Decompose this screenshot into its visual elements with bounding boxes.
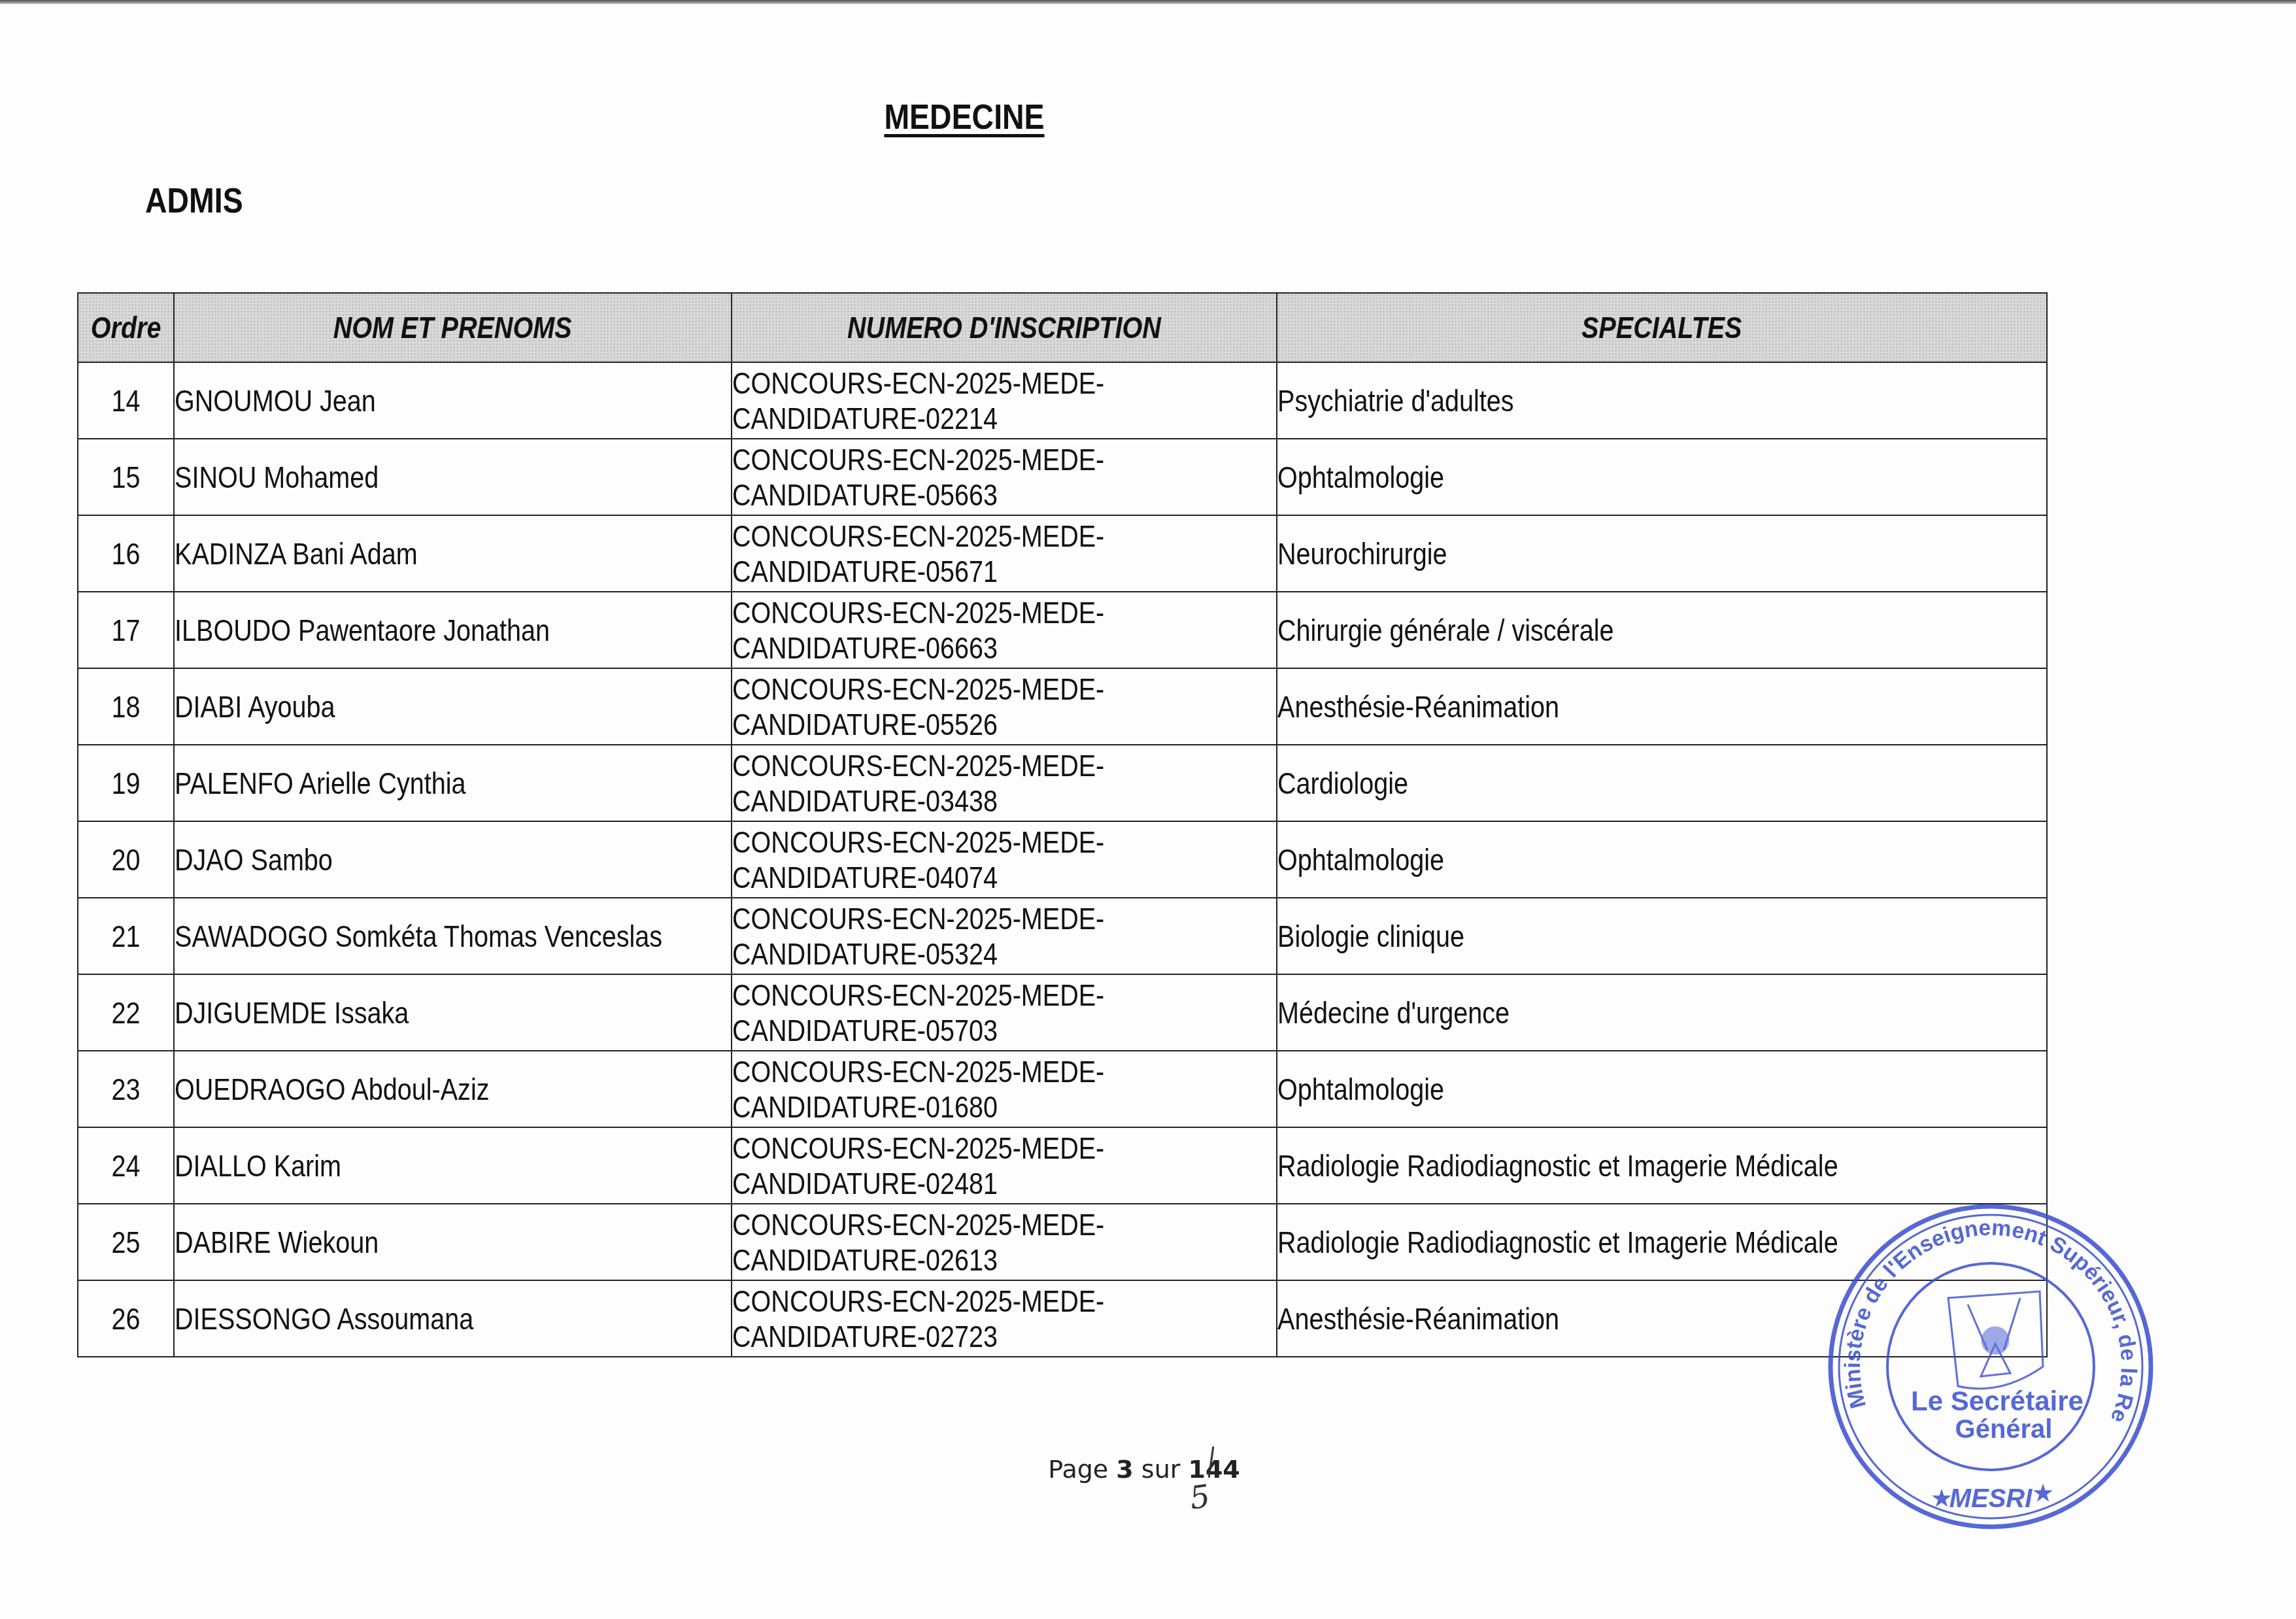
cell-ordre-text: 25: [111, 1225, 140, 1260]
cell-nom: PALENFO Arielle Cynthia: [174, 745, 732, 821]
cell-specialite: Ophtalmologie: [1277, 1051, 2047, 1127]
cell-ordre-text: 23: [111, 1072, 140, 1107]
stamp-center-line-2: Général: [1955, 1415, 2053, 1444]
cell-nom: DIABI Ayouba: [174, 668, 732, 745]
cell-specialite-text: Radiologie Radiodiagnostic et Imagerie M…: [1277, 1225, 1838, 1260]
cell-nom-text: ILBOUDO Pawentaore Jonathan: [175, 613, 550, 648]
cell-specialite: Neurochirurgie: [1277, 515, 2047, 592]
stamp-center-line-1: Le Secrétaire: [1911, 1386, 2084, 1416]
scan-edge: [0, 0, 2296, 4]
cell-numero: CONCOURS-ECN-2025-MEDE- CANDIDATURE-0566…: [732, 439, 1277, 515]
cell-ordre: 20: [78, 821, 174, 898]
cell-numero: CONCOURS-ECN-2025-MEDE- CANDIDATURE-0343…: [732, 745, 1277, 821]
cell-ordre-text: 22: [111, 995, 140, 1031]
cell-numero-2-text: CANDIDATURE-05671: [732, 554, 998, 589]
cell-numero: CONCOURS-ECN-2025-MEDE- CANDIDATURE-0666…: [732, 592, 1277, 668]
cell-nom: ILBOUDO Pawentaore Jonathan: [174, 592, 732, 668]
cell-specialite: Cardiologie: [1277, 745, 2047, 821]
cell-nom: OUEDRAOGO Abdoul-Aziz: [174, 1051, 732, 1127]
cell-ordre-text: 15: [111, 460, 140, 495]
cell-nom-text: DIESSONGO Assoumana: [175, 1301, 473, 1337]
cell-nom: KADINZA Bani Adam: [174, 515, 732, 592]
cell-nom-text: SINOU Mohamed: [175, 460, 379, 495]
cell-numero-1-text: CONCOURS-ECN-2025-MEDE-: [732, 366, 1104, 401]
cell-nom-text: DIABI Ayouba: [175, 689, 335, 724]
table-row: 16 KADINZA Bani Adam CONCOURS-ECN-2025-M…: [78, 515, 2047, 592]
cell-nom: SAWADOGO Somkéta Thomas Venceslas: [174, 898, 732, 974]
cell-numero-2-text: CANDIDATURE-05703: [732, 1013, 998, 1048]
header-nom: NOM ET PRENOMS: [174, 293, 732, 362]
cell-ordre: 26: [78, 1280, 174, 1357]
cell-numero-1-text: CONCOURS-ECN-2025-MEDE-: [732, 748, 1104, 783]
cell-specialite-text: Chirurgie générale / viscérale: [1277, 613, 1614, 648]
cell-numero-1-text: CONCOURS-ECN-2025-MEDE-: [732, 1284, 1104, 1319]
cell-ordre: 24: [78, 1127, 174, 1204]
cell-specialite-text: Ophtalmologie: [1277, 842, 1444, 878]
cell-nom-text: PALENFO Arielle Cynthia: [175, 766, 466, 801]
cell-ordre-text: 16: [111, 536, 140, 571]
cell-ordre-text: 19: [111, 766, 140, 801]
cell-ordre: 23: [78, 1051, 174, 1127]
cell-nom: DABIRE Wiekoun: [174, 1204, 732, 1280]
cell-numero: CONCOURS-ECN-2025-MEDE- CANDIDATURE-0407…: [732, 821, 1277, 898]
cell-numero: CONCOURS-ECN-2025-MEDE- CANDIDATURE-0567…: [732, 515, 1277, 592]
cell-ordre: 15: [78, 439, 174, 515]
admitted-table: Ordre NOM ET PRENOMS NUMERO D'INSCRIPTIO…: [77, 292, 2048, 1357]
cell-numero-1-text: CONCOURS-ECN-2025-MEDE-: [732, 1054, 1104, 1089]
cell-ordre: 17: [78, 592, 174, 668]
cell-numero: CONCOURS-ECN-2025-MEDE- CANDIDATURE-0248…: [732, 1127, 1277, 1204]
table-row: 22 DJIGUEMDE Issaka CONCOURS-ECN-2025-ME…: [78, 974, 2047, 1051]
cell-specialite-text: Anesthésie-Réanimation: [1277, 1301, 1559, 1337]
handwritten-correction: 5: [1187, 1478, 1212, 1517]
cell-nom-text: DJIGUEMDE Issaka: [175, 995, 409, 1031]
cell-nom-text: KADINZA Bani Adam: [175, 536, 418, 571]
cell-numero-1-text: CONCOURS-ECN-2025-MEDE-: [732, 442, 1104, 477]
cell-numero-1-text: CONCOURS-ECN-2025-MEDE-: [732, 825, 1104, 860]
cell-specialite-text: Psychiatrie d'adultes: [1277, 383, 1514, 418]
cell-specialite: Anesthésie-Réanimation: [1277, 668, 2047, 745]
cell-numero-2-text: CANDIDATURE-01680: [732, 1089, 998, 1125]
cell-numero: CONCOURS-ECN-2025-MEDE- CANDIDATURE-0532…: [732, 898, 1277, 974]
table-row: 20 DJAO Sambo CONCOURS-ECN-2025-MEDE- CA…: [78, 821, 2047, 898]
cell-numero: CONCOURS-ECN-2025-MEDE- CANDIDATURE-0570…: [732, 974, 1277, 1051]
cell-specialite-text: Anesthésie-Réanimation: [1277, 689, 1559, 724]
cell-ordre: 19: [78, 745, 174, 821]
header-specialite: SPECIALTES: [1277, 293, 2047, 362]
header-numero: NUMERO D'INSCRIPTION: [732, 293, 1277, 362]
cell-numero-1-text: CONCOURS-ECN-2025-MEDE-: [732, 595, 1104, 630]
cell-ordre: 16: [78, 515, 174, 592]
cell-ordre-text: 14: [111, 383, 140, 418]
cell-numero-2-text: CANDIDATURE-02214: [732, 401, 998, 436]
cell-numero-2-text: CANDIDATURE-06663: [732, 630, 998, 666]
cell-nom: DJAO Sambo: [174, 821, 732, 898]
cell-ordre-text: 20: [111, 842, 140, 878]
table-row: 25 DABIRE Wiekoun CONCOURS-ECN-2025-MEDE…: [78, 1204, 2047, 1280]
cell-specialite-text: Ophtalmologie: [1277, 1072, 1444, 1107]
cell-ordre: 22: [78, 974, 174, 1051]
cell-numero-1-text: CONCOURS-ECN-2025-MEDE-: [732, 1131, 1104, 1166]
table-row: 23 OUEDRAOGO Abdoul-Aziz CONCOURS-ECN-20…: [78, 1051, 2047, 1127]
cell-nom-text: DIALLO Karim: [175, 1148, 341, 1184]
cell-specialite-text: Médecine d'urgence: [1277, 995, 1510, 1031]
cell-numero-1-text: CONCOURS-ECN-2025-MEDE-: [732, 519, 1104, 554]
cell-specialite: Ophtalmologie: [1277, 821, 2047, 898]
stamp-bottom-text: MESRI: [1950, 1484, 2033, 1513]
cell-nom: SINOU Mohamed: [174, 439, 732, 515]
cell-nom-text: DABIRE Wiekoun: [175, 1225, 379, 1260]
page-current: 3: [1116, 1455, 1133, 1484]
cell-specialite: Médecine d'urgence: [1277, 974, 2047, 1051]
cell-ordre: 21: [78, 898, 174, 974]
cell-numero-1-text: CONCOURS-ECN-2025-MEDE-: [732, 672, 1104, 707]
cell-numero-1-text: CONCOURS-ECN-2025-MEDE-: [732, 1207, 1104, 1242]
cell-specialite-text: Biologie clinique: [1277, 919, 1464, 954]
table-body: 14 GNOUMOU Jean CONCOURS-ECN-2025-MEDE- …: [78, 362, 2047, 1357]
cell-nom: DJIGUEMDE Issaka: [174, 974, 732, 1051]
admis-heading: ADMIS: [145, 180, 243, 221]
cell-specialite-text: Neurochirurgie: [1277, 536, 1447, 571]
cell-numero-2-text: CANDIDATURE-03438: [732, 783, 998, 819]
star-icon: ★: [1932, 1486, 1951, 1511]
page-label: Page: [1048, 1455, 1108, 1484]
cell-numero-2-text: CANDIDATURE-04074: [732, 860, 998, 895]
table-header-row: Ordre NOM ET PRENOMS NUMERO D'INSCRIPTIO…: [78, 293, 2047, 362]
cell-nom-text: GNOUMOU Jean: [175, 383, 376, 418]
cell-numero: CONCOURS-ECN-2025-MEDE- CANDIDATURE-0552…: [732, 668, 1277, 745]
table-row: 15 SINOU Mohamed CONCOURS-ECN-2025-MEDE-…: [78, 439, 2047, 515]
cell-specialite: Biologie clinique: [1277, 898, 2047, 974]
cell-numero: CONCOURS-ECN-2025-MEDE- CANDIDATURE-0168…: [732, 1051, 1277, 1127]
cell-numero-1-text: CONCOURS-ECN-2025-MEDE-: [732, 978, 1104, 1013]
cell-specialite-text: Cardiologie: [1277, 766, 1408, 801]
cell-specialite: Psychiatrie d'adultes: [1277, 362, 2047, 439]
table-row: 19 PALENFO Arielle Cynthia CONCOURS-ECN-…: [78, 745, 2047, 821]
cell-numero-1-text: CONCOURS-ECN-2025-MEDE-: [732, 901, 1104, 936]
table-row: 18 DIABI Ayouba CONCOURS-ECN-2025-MEDE- …: [78, 668, 2047, 745]
section-title: MEDECINE: [135, 97, 1794, 137]
cell-specialite-text: Ophtalmologie: [1277, 460, 1444, 495]
cell-nom: GNOUMOU Jean: [174, 362, 732, 439]
cell-ordre-text: 24: [111, 1148, 140, 1184]
cell-ordre-text: 21: [111, 919, 140, 954]
cell-numero-2-text: CANDIDATURE-05663: [732, 477, 998, 513]
page-of: sur: [1141, 1455, 1181, 1484]
table-row: 17 ILBOUDO Pawentaore Jonathan CONCOURS-…: [78, 592, 2047, 668]
table-row: 26 DIESSONGO Assoumana CONCOURS-ECN-2025…: [78, 1280, 2047, 1357]
cell-numero: CONCOURS-ECN-2025-MEDE- CANDIDATURE-0272…: [732, 1280, 1277, 1357]
cell-numero-2-text: CANDIDATURE-05526: [732, 707, 998, 742]
cell-nom: DIALLO Karim: [174, 1127, 732, 1204]
cell-numero: CONCOURS-ECN-2025-MEDE- CANDIDATURE-0221…: [732, 362, 1277, 439]
cell-numero-2-text: CANDIDATURE-02723: [732, 1319, 998, 1354]
cell-nom-text: DJAO Sambo: [175, 842, 333, 878]
cell-specialite: Chirurgie générale / viscérale: [1277, 592, 2047, 668]
cell-nom-text: SAWADOGO Somkéta Thomas Venceslas: [175, 919, 662, 954]
page-footer: Page 3 sur 144: [1046, 1455, 1242, 1484]
cell-ordre: 18: [78, 668, 174, 745]
cell-specialite-text: Radiologie Radiodiagnostic et Imagerie M…: [1277, 1148, 1838, 1184]
table-row: 14 GNOUMOU Jean CONCOURS-ECN-2025-MEDE- …: [78, 362, 2047, 439]
cell-numero-2-text: CANDIDATURE-02481: [732, 1166, 998, 1201]
cell-ordre: 14: [78, 362, 174, 439]
cell-nom: DIESSONGO Assoumana: [174, 1280, 732, 1357]
cell-ordre-text: 26: [111, 1301, 140, 1337]
table-row: 24 DIALLO Karim CONCOURS-ECN-2025-MEDE- …: [78, 1127, 2047, 1204]
official-stamp: Ministère de l'Enseignement Supérieur, d…: [1824, 1200, 2157, 1533]
cell-ordre: 25: [78, 1204, 174, 1280]
cell-ordre-text: 17: [111, 613, 140, 648]
star-icon: ★: [2033, 1481, 2053, 1506]
table-row: 21 SAWADOGO Somkéta Thomas Venceslas CON…: [78, 898, 2047, 974]
cell-nom-text: OUEDRAOGO Abdoul-Aziz: [175, 1072, 489, 1107]
header-ordre: Ordre: [78, 293, 174, 362]
cell-numero-2-text: CANDIDATURE-05324: [732, 936, 998, 972]
coat-of-arms-icon: [1948, 1291, 2043, 1389]
cell-specialite: Radiologie Radiodiagnostic et Imagerie M…: [1277, 1127, 2047, 1204]
cell-numero-2-text: CANDIDATURE-02613: [732, 1242, 998, 1278]
cell-ordre-text: 18: [111, 689, 140, 724]
cell-numero: CONCOURS-ECN-2025-MEDE- CANDIDATURE-0261…: [732, 1204, 1277, 1280]
cell-specialite: Ophtalmologie: [1277, 439, 2047, 515]
